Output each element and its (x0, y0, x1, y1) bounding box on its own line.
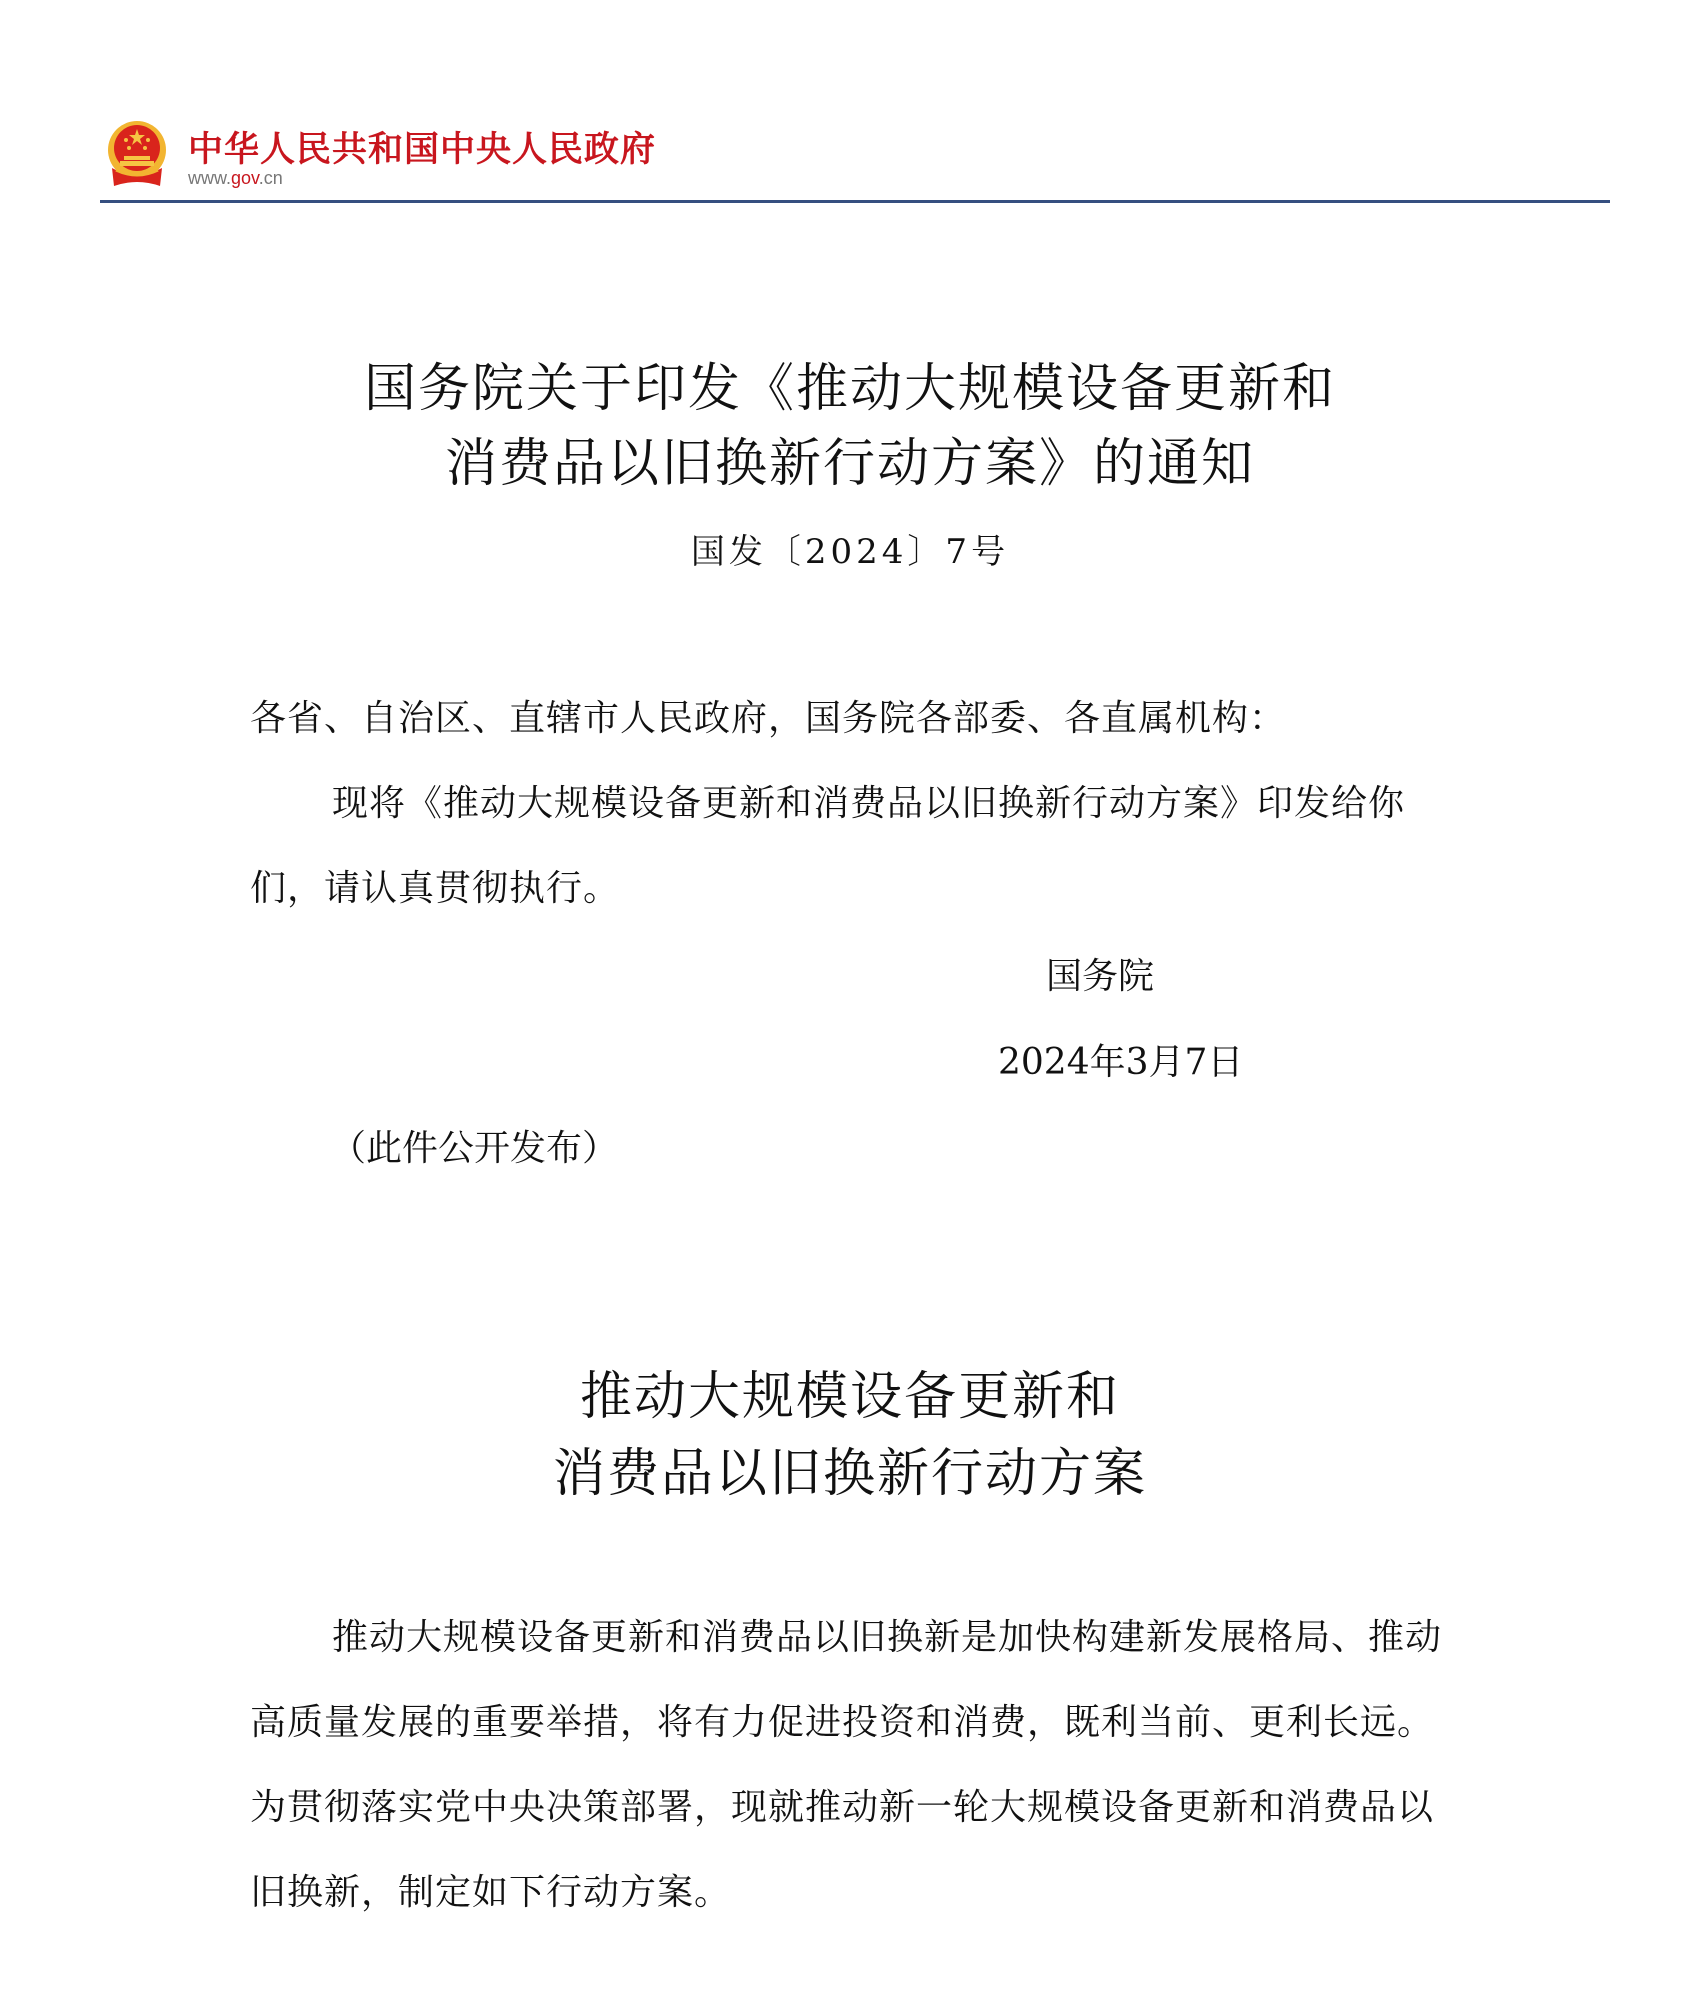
plan-title-line2: 消费品以旧换新行动方案 (0, 1437, 1700, 1512)
plan-intro: 推动大规模设备更新和消费品以旧换新是加快构建新发展格局、推动高质量发展的重要举措… (250, 1595, 1460, 1935)
header-divider (100, 200, 1610, 203)
plan-title-line1: 推动大规模设备更新和 (0, 1360, 1700, 1435)
notice-title-line2: 消费品以旧换新行动方案》的通知 (0, 427, 1700, 502)
publication-note: （此件公开发布） (330, 1120, 618, 1171)
notice-title-line1: 国务院关于印发《推动大规模设备更新和 (0, 352, 1700, 427)
national-emblem-icon (106, 120, 168, 190)
url-suffix: .cn (259, 168, 283, 188)
document-number: 国发〔2024〕7号 (0, 524, 1700, 573)
issue-date: 2024年3月7日 (998, 1034, 1243, 1085)
notice-body: 现将《推动大规模设备更新和消费品以旧换新行动方案》印发给你们，请认真贯彻执行。 (250, 761, 1460, 931)
site-name: 中华人民共和国中央人民政府 (188, 122, 656, 172)
url-prefix: www. (188, 168, 231, 188)
site-url: www.gov.cn (188, 168, 283, 189)
addressee: 各省、自治区、直辖市人民政府，国务院各部委、各直属机构： (250, 676, 1460, 761)
masthead: 中华人民共和国中央人民政府 www.gov.cn (100, 112, 1610, 204)
issuer: 国务院 (1046, 948, 1154, 999)
url-domain: gov (231, 168, 259, 188)
